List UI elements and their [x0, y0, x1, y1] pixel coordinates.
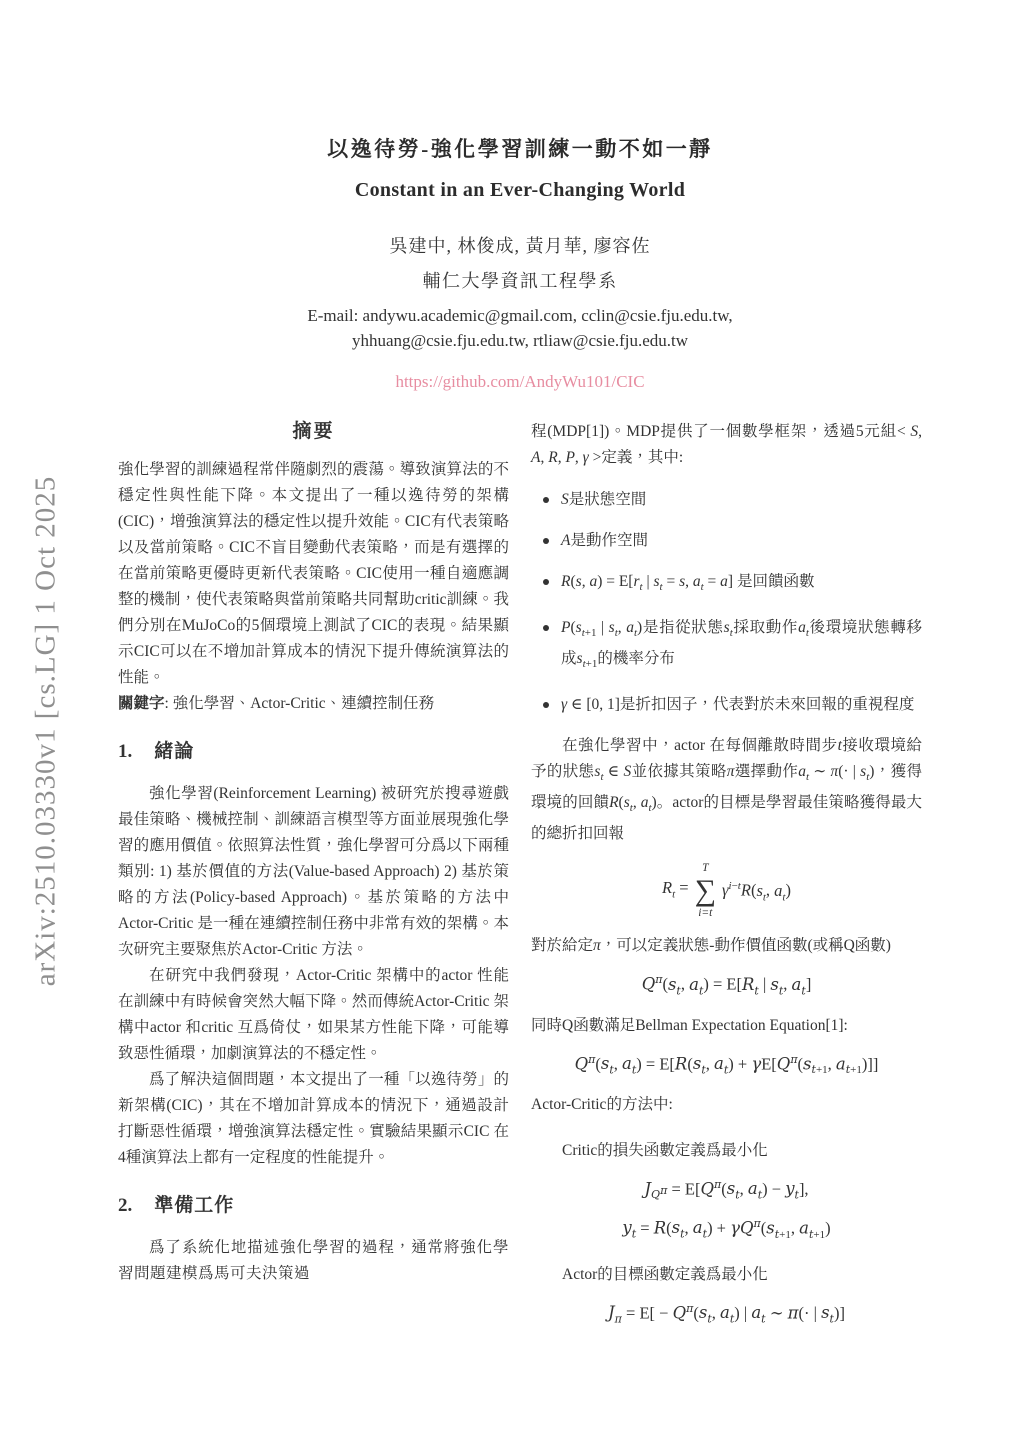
list-item-text: S是狀態空間	[561, 491, 646, 508]
arxiv-watermark: arXiv:2510.03330v1 [cs.LG] 1 Oct 2025	[30, 476, 63, 987]
bullet-dot-icon	[543, 702, 549, 708]
section-1-paragraph-2: 在研究中我們發現，Actor-Critic 架構中的actor 性能在訓練中有時…	[118, 963, 509, 1067]
paper-header: 以逸待勞-強化學習訓練一動不如一靜 Constant in an Ever-Ch…	[118, 133, 922, 392]
keywords-text: : 強化學習、Actor-Critic、連續控制任務	[165, 695, 435, 712]
bullet-dot-icon	[543, 579, 549, 585]
equation-critic-loss: JQπ = E[Qπ(st, at) − yt],	[531, 1178, 922, 1203]
list-item-text: P(st+1 | st, at)是指從狀態st採取動作at後環境狀態轉移成st+…	[561, 619, 922, 667]
bellman-intro-paragraph: 同時Q函數滿足Bellman Expectation Equation[1]:	[531, 1013, 922, 1039]
left-column: 摘要 強化學習的訓練過程常伴隨劇烈的震蕩。導致演算法的不穩定性與性能下降。本文提…	[118, 419, 509, 1341]
affiliation-line: 輔仁大學資訊工程學系	[118, 267, 922, 293]
two-column-body: 摘要 強化學習的訓練過程常伴隨劇烈的震蕩。導致演算法的不穩定性與性能下降。本文提…	[118, 419, 922, 1341]
critic-loss-label: Critic的損失函數定義爲最小化	[531, 1138, 922, 1164]
summation-symbol: T ∑ i=t	[695, 863, 716, 919]
paper-content: 以逸待勞-強化學習訓練一動不如一靜 Constant in an Ever-Ch…	[118, 0, 922, 1341]
section-2-heading: 2.準備工作	[118, 1193, 509, 1219]
paper-page: arXiv:2510.03330v1 [cs.LG] 1 Oct 2025 以逸…	[0, 0, 1024, 1448]
list-item-discount-factor: γ ∈ [0, 1]是折扣因子，代表對於未來回報的重視程度	[537, 692, 922, 718]
equation-discounted-return: Rt = T ∑ i=t γi−tR(st, at)	[531, 863, 922, 919]
mdp-paragraph: 程(MDP[1])。MDP提供了一個數學框架，透過5元組< S, A, R, P…	[531, 419, 922, 471]
section-2-title: 準備工作	[154, 1195, 234, 1216]
sigma-icon: ∑	[695, 876, 716, 906]
equation-bellman-expectation: Qπ(st, at) = E[R(st, at) + γE[Qπ(st+1, a…	[531, 1053, 922, 1078]
section-1-number: 1.	[118, 739, 132, 765]
list-item-action-space: A是動作空間	[537, 528, 922, 554]
list-item-text: A是動作空間	[561, 532, 648, 549]
actor-objective-label: Actor的目標函數定義爲最小化	[531, 1262, 922, 1288]
paper-title-english: Constant in an Ever-Changing World	[118, 179, 922, 202]
list-item-text: γ ∈ [0, 1]是折扣因子，代表對於未來回報的重視程度	[561, 696, 914, 713]
section-1-paragraph-3: 爲了解決這個問題，本文提出了一種「以逸待勞」的新架構(CIC)，其在不增加計算成…	[118, 1067, 509, 1171]
github-repo-link[interactable]: https://github.com/AndyWu101/CIC	[395, 372, 644, 392]
bullet-dot-icon	[543, 625, 549, 631]
list-item-transition-probability: P(st+1 | st, at)是指從狀態st採取動作at後環境狀態轉移成st+…	[537, 615, 922, 677]
list-item-text: R(s, a) = E[rt | st = s, at = a] 是回饋函數	[561, 573, 814, 590]
bullet-dot-icon	[543, 538, 549, 544]
summation-lower-limit: i=t	[698, 908, 712, 920]
q-function-intro-paragraph: 對於給定π，可以定義狀態-動作價值函數(或稱Q函數)	[531, 933, 922, 959]
section-2-number: 2.	[118, 1193, 132, 1219]
list-item-state-space: S是狀態空間	[537, 487, 922, 513]
equation-critic-target: yt = R(st, at) + γQπ(st+1, at+1)	[531, 1217, 922, 1242]
actor-critic-method-line: Actor-Critic的方法中:	[531, 1092, 922, 1118]
right-column: 程(MDP[1])。MDP提供了一個數學框架，透過5元組< S, A, R, P…	[531, 419, 922, 1341]
paper-title-chinese: 以逸待勞-強化學習訓練一動不如一靜	[118, 133, 922, 163]
equation-actor-objective: Jπ = E[ − Qπ(st, at) | at ∼ π(· | st)]	[531, 1302, 922, 1327]
section-2-paragraph-1: 爲了系統化地描述強化學習的過程，通常將強化學習問題建模爲馬可夫決策過	[118, 1235, 509, 1287]
email-line-1: E-mail: andywu.academic@gmail.com, cclin…	[118, 306, 922, 326]
section-1-heading: 1.緒論	[118, 739, 509, 765]
list-item-reward-function: R(s, a) = E[rt | st = s, at = a] 是回饋函數	[537, 569, 922, 600]
equation-rhs: γi−tR(st, at)	[722, 873, 791, 910]
abstract-heading: 摘要	[118, 419, 509, 445]
keywords-line: 關鍵字: 強化學習、Actor-Critic、連續控制任務	[118, 691, 509, 717]
authors-line: 吳建中, 林俊成, 黃月華, 廖容佐	[118, 232, 922, 258]
actor-environment-paragraph: 在強化學習中，actor 在每個離散時間步t接收環境給予的狀態st ∈ S並依據…	[531, 733, 922, 847]
equation-lhs: Rt =	[662, 875, 689, 907]
abstract-body: 強化學習的訓練過程常伴隨劇烈的震蕩。導致演算法的不穩定性與性能下降。本文提出了一…	[118, 457, 509, 691]
keywords-label: 關鍵字	[118, 695, 165, 712]
section-1-paragraph-1: 強化學習(Reinforcement Learning) 被研究於搜尋遊戲最佳策…	[118, 781, 509, 963]
section-1-title: 緒論	[154, 741, 194, 762]
mdp-tuple-list: S是狀態空間 A是動作空間 R(s, a) = E[rt | st = s, a…	[537, 487, 922, 718]
email-line-2: yhhuang@csie.fju.edu.tw, rtliaw@csie.fju…	[118, 331, 922, 351]
equation-q-function: Qπ(st, at) = E[Rt | st, at]	[531, 973, 922, 998]
bullet-dot-icon	[543, 497, 549, 503]
